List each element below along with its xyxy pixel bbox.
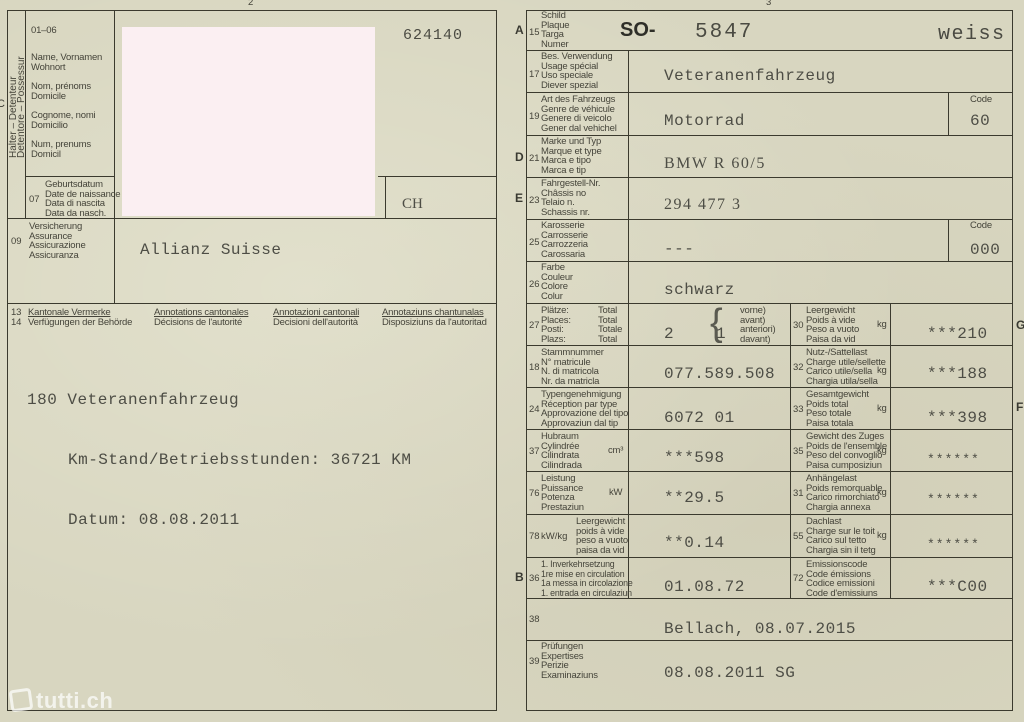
holder-label-de: Name, VornamenWohnort xyxy=(31,53,102,72)
first-registration-value: 01.08.72 xyxy=(664,578,745,596)
type-approval-labels: TypengenehmigungRéception par typeApprov… xyxy=(541,390,628,428)
first-registration-code: 36 xyxy=(529,573,540,584)
roof-load-unit: kg xyxy=(877,531,887,541)
birthdate-code: 07 xyxy=(29,194,40,205)
power-labels: LeistungPuissancePotenzaPrestaziun xyxy=(541,474,584,512)
plate-canton: SO- xyxy=(620,19,656,42)
chassis-code: 23 xyxy=(529,195,540,206)
type-approval-value: 6072 01 xyxy=(664,409,735,427)
power-ratio-value: **0.14 xyxy=(664,534,725,552)
page-number-right: 3 xyxy=(766,0,771,8)
master-number-code: 18 xyxy=(529,362,540,373)
power-ratio-unit: kW/kg xyxy=(541,531,567,542)
holder-side-label-2: Detentore – Possessur xyxy=(17,56,27,158)
vehicle-type-labels: Art des FahrzeugsGenre de véhiculeGenere… xyxy=(541,95,617,133)
section-marker-d: D xyxy=(515,150,524,164)
color-value: schwarz xyxy=(664,281,735,299)
page-number-left: 2 xyxy=(248,0,253,8)
empty-weight-labels: LeergewichtPoids à videPeso a vuotoPaisa… xyxy=(806,306,859,344)
empty-weight-code: 30 xyxy=(793,320,804,331)
color-labels: FarbeCouleurColoreColur xyxy=(541,263,573,301)
seats-total-labels: TotalTotalTotaleTotal xyxy=(598,306,622,344)
train-weight-labels: Gewicht des ZugesPoids de l'ensemblePeso… xyxy=(806,432,887,470)
train-weight-value: ****** xyxy=(927,452,980,467)
payload-value: ***188 xyxy=(927,365,988,383)
annotations-rm: Annotaziuns chantunalasDisposiziuns da l… xyxy=(382,308,487,327)
holder-field-code: 01–06 xyxy=(31,26,56,36)
chassis-labels: Fahrgestell-Nr.Châssis noTelaio n.Schass… xyxy=(541,179,600,217)
payload-labels: Nutz-/SattellastCharge utile/selletteCar… xyxy=(806,348,886,386)
empty-weight-unit: kg xyxy=(877,320,887,330)
annotations-text: 180 Veteranenfahrzeug Km-Stand/Betriebss… xyxy=(27,350,411,570)
redacted-holder-name xyxy=(122,27,375,216)
inspections-labels: PrüfungenExpertisesPerizieExaminaziuns xyxy=(541,642,598,680)
inspections-value: 08.08.2011 SG xyxy=(664,664,795,682)
special-use-code: 17 xyxy=(529,69,540,80)
holder-label-rm: Num, prenumsDomicil xyxy=(31,140,91,159)
make-value: BMW R 60/5 xyxy=(664,155,766,173)
body-labels: KarosserieCarrosserieCarrozzeriaCarossar… xyxy=(541,221,588,259)
make-code: 21 xyxy=(529,153,540,164)
train-weight-code: 35 xyxy=(793,446,804,457)
vehicle-type-code-value: 60 xyxy=(970,112,990,130)
displacement-unit: cm³ xyxy=(608,446,623,456)
plate-number: 5847 xyxy=(695,21,753,44)
payload-code: 32 xyxy=(793,362,804,373)
section-marker-e: E xyxy=(515,191,523,205)
trailer-load-labels: AnhängelastPoids remorquableCarico rimor… xyxy=(806,474,882,512)
train-weight-unit: kg xyxy=(877,446,887,456)
master-number-value: 077.589.508 xyxy=(664,365,775,383)
plate-labels: SchildPlaqueTargaNumer xyxy=(541,11,569,49)
power-code: 76 xyxy=(529,488,540,499)
holder-label-it: Cognome, nomiDomicilio xyxy=(31,111,95,130)
chassis-value: 294 477 3 xyxy=(664,196,742,214)
section-marker-b: B xyxy=(515,570,524,584)
body-code-value: 000 xyxy=(970,241,1000,259)
plate-code: 15 xyxy=(529,27,540,38)
section-marker-g: G xyxy=(1016,318,1024,332)
emission-code-labels: EmissionscodeCode émissionsCodice emissi… xyxy=(806,560,877,598)
type-approval-code: 24 xyxy=(529,404,540,415)
section-marker-a: A xyxy=(515,23,524,37)
trailer-load-unit: kg xyxy=(877,488,887,498)
special-use-labels: Bes. VerwendungUsage spécialUso speciale… xyxy=(541,52,612,90)
annotations-fr: Annotations cantonalesDécisions de l'aut… xyxy=(154,308,248,327)
nationality-value: CH xyxy=(402,196,423,213)
tutti-logo-icon xyxy=(9,688,34,713)
make-labels: Marke und TypMarque et typeMarca e tipoM… xyxy=(541,137,602,175)
emission-code-value: ***C00 xyxy=(927,578,988,596)
total-weight-code: 33 xyxy=(793,404,804,415)
plate-color: weiss xyxy=(938,23,1006,46)
annotations-codes: 1314 xyxy=(11,308,21,327)
seats-code: 27 xyxy=(529,320,540,331)
total-weight-unit: kg xyxy=(877,404,887,414)
watermark-tutti: tutti.ch xyxy=(10,688,113,714)
seats-labels: Plätze:Places:Posti:Plazs: xyxy=(541,306,571,344)
place-date-value: Bellach, 08.07.2015 xyxy=(664,620,856,638)
seats-front-value: 1 xyxy=(716,325,726,343)
holder-number: 624140 xyxy=(403,27,463,44)
total-weight-labels: GesamtgewichtPoids totalPeso totalePaisa… xyxy=(806,390,869,428)
trailer-load-value: ****** xyxy=(927,492,980,507)
payload-unit: kg xyxy=(877,366,887,376)
first-registration-labels: 1. Inverkehrsetzung1re mise en circulati… xyxy=(541,560,633,598)
empty-weight-value: ***210 xyxy=(927,325,988,343)
vehicle-type-code: 19 xyxy=(529,111,540,122)
body-code: 25 xyxy=(529,237,540,248)
trailer-load-code: 31 xyxy=(793,488,804,499)
special-use-value: Veteranenfahrzeug xyxy=(664,67,836,85)
roof-load-code: 55 xyxy=(793,531,804,542)
displacement-labels: HubraumCylindréeCilindrataCilindrada xyxy=(541,432,582,470)
annotations-it: Annotazioni cantonaliDecisioni dell'auto… xyxy=(273,308,359,327)
vehicle-type-code-label: Code xyxy=(970,95,992,105)
total-weight-value: ***398 xyxy=(927,409,988,427)
birthdate-labels: Geburtsdatum Date de naissance Data di n… xyxy=(45,180,120,218)
seats-front-labels: vorne)avant)anteriori)davant) xyxy=(740,306,776,344)
body-value: --- xyxy=(664,240,694,258)
power-ratio-labels: Leergewichtpoids à videpeso a vuotopaisa… xyxy=(576,517,628,555)
color-code: 26 xyxy=(529,279,540,290)
insurance-code: 09 xyxy=(11,236,22,247)
displacement-value: ***598 xyxy=(664,449,725,467)
body-code-label: Code xyxy=(970,221,992,231)
roof-load-labels: DachlastCharge sur le toitCarico sul tet… xyxy=(806,517,876,555)
vehicle-type-value: Motorrad xyxy=(664,112,745,130)
seats-total-value: 2 xyxy=(664,325,674,343)
power-value: **29.5 xyxy=(664,489,725,507)
inspections-code: 39 xyxy=(529,656,540,667)
power-unit: kW xyxy=(609,488,622,498)
section-marker-f: F xyxy=(1016,400,1023,414)
holder-label-fr: Nom, prénomsDomicile xyxy=(31,82,91,101)
insurance-value: Allianz Suisse xyxy=(140,241,281,259)
displacement-code: 37 xyxy=(529,446,540,457)
annotations-de: Kantonale VermerkeVerfügungen der Behörd… xyxy=(28,308,132,327)
insurance-labels: Versicherung Assurance Assicurazione Ass… xyxy=(29,222,86,260)
emission-code-code: 72 xyxy=(793,573,804,584)
master-number-labels: StammnummerN° matriculeN. di matricolaNr… xyxy=(541,348,604,386)
place-date-code: 38 xyxy=(529,614,540,625)
roof-load-value: ****** xyxy=(927,537,980,552)
section-marker-c: C xyxy=(0,98,5,110)
power-ratio-code: 78 xyxy=(529,531,540,542)
